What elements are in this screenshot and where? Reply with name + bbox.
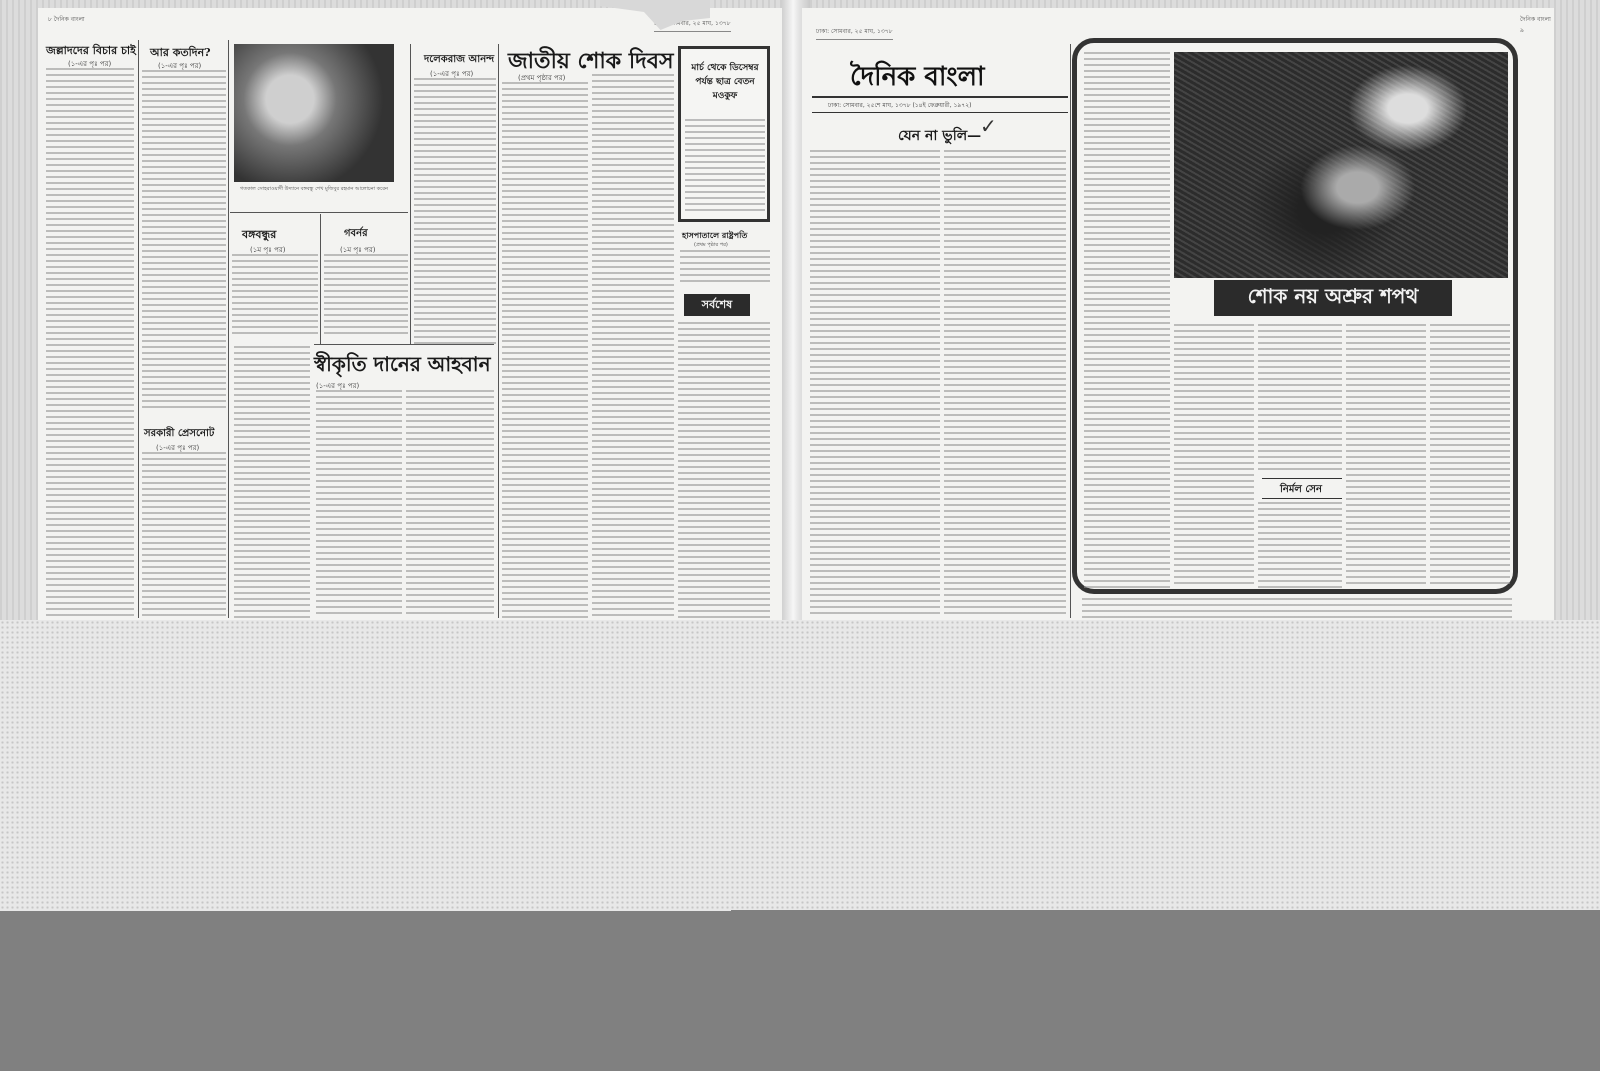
photo-meeting — [234, 44, 394, 182]
article-body — [232, 254, 318, 338]
article-body — [685, 119, 765, 215]
feature-body — [1430, 324, 1510, 588]
masthead-rule — [812, 112, 1068, 113]
section-rule — [230, 212, 408, 213]
feature-body — [1258, 324, 1342, 474]
jump-line: (প্রথম পৃষ্ঠার পর) — [694, 242, 728, 250]
feature-body — [1084, 52, 1170, 588]
article-body — [406, 390, 494, 618]
editorial-body — [944, 150, 1066, 618]
feature-body — [1174, 324, 1254, 588]
byline-rule — [1262, 478, 1342, 479]
feature-body — [1346, 324, 1426, 588]
headline-fee-waiver: মার্চ থেকে ডিসেম্বর পর্যন্ত ছাত্র বেতন ম… — [685, 61, 765, 103]
left-page: ৮ দৈনিক বাংলা ঢাকা: সোমবার, ২৫ মাঘ, ১৩৭৮… — [38, 8, 790, 622]
headline-presnote: সরকারী প্রেসনোট — [144, 426, 214, 443]
boxed-story-fee-waiver: মার্চ থেকে ডিসেম্বর পর্যন্ত ছাত্র বেতন ম… — [678, 46, 770, 222]
headline-swikriti: স্বীকৃতি দানের আহবান — [314, 350, 491, 383]
article-body — [142, 452, 226, 618]
right-page: ঢাকা: সোমবার, ২৫ মাঘ, ১৩৭৮ দৈনিক বাংলা ৯… — [802, 8, 1554, 622]
byline-rule — [1262, 498, 1342, 499]
article-body — [680, 250, 770, 284]
checkmark-icon: ✓ — [980, 114, 997, 138]
article-body — [678, 322, 770, 618]
masthead-dateline: ঢাকা: সোমবার, ২৫শে মাঘ, ১৩৭৮ (১৪ই ফেব্রু… — [828, 100, 971, 111]
headline-bongobondhur: বঙ্গবন্ধুর — [242, 226, 276, 245]
column-rule — [320, 214, 321, 344]
article-body — [592, 74, 674, 618]
right-folio: দৈনিক বাংলা ৯ — [1520, 14, 1554, 36]
feature-body — [1258, 502, 1342, 588]
article-body — [1082, 598, 1512, 620]
article-body — [234, 346, 310, 618]
headline-dolekraj: দলেকরাজ আনন্দ — [424, 52, 494, 69]
masthead-rule — [812, 96, 1068, 98]
feature-photo — [1174, 52, 1508, 278]
right-dateline: ঢাকা: সোমবার, ২৫ মাঘ, ১৩৭৮ — [816, 26, 893, 40]
article-body — [324, 254, 408, 338]
column-rule — [1070, 44, 1071, 618]
left-folio: ৮ দৈনিক বাংলা — [48, 14, 85, 25]
editorial-body — [810, 150, 940, 618]
article-body — [502, 82, 588, 618]
headline-governor: গবর্নর — [344, 226, 368, 243]
banner-sorbshesh: সর্বশেষ — [684, 294, 750, 316]
editorial-headline: যেন না ভুলি— — [898, 124, 981, 148]
article-body — [316, 390, 402, 618]
blank-viewer-area-edge — [0, 905, 731, 911]
column-rule — [138, 40, 139, 618]
article-body — [414, 78, 496, 346]
newspaper-scan: ৮ দৈনিক বাংলা ঢাকা: সোমবার, ২৫ মাঘ, ১৩৭৮… — [0, 0, 1600, 622]
photo-caption: গতকাল সোহরাওয়ার্দী উদ্যানে বঙ্গবন্ধু শে… — [234, 186, 394, 193]
column-rule — [410, 44, 411, 344]
feature-banner: শোক নয় অশ্রুর শপথ — [1214, 280, 1452, 316]
article-body — [142, 70, 226, 410]
blank-viewer-area — [0, 620, 1600, 910]
column-rule — [498, 44, 499, 618]
byline: নির্মল সেন — [1280, 482, 1322, 499]
article-body — [46, 68, 134, 618]
column-rule — [228, 40, 229, 618]
masthead: দৈনিক বাংলা — [850, 56, 985, 100]
